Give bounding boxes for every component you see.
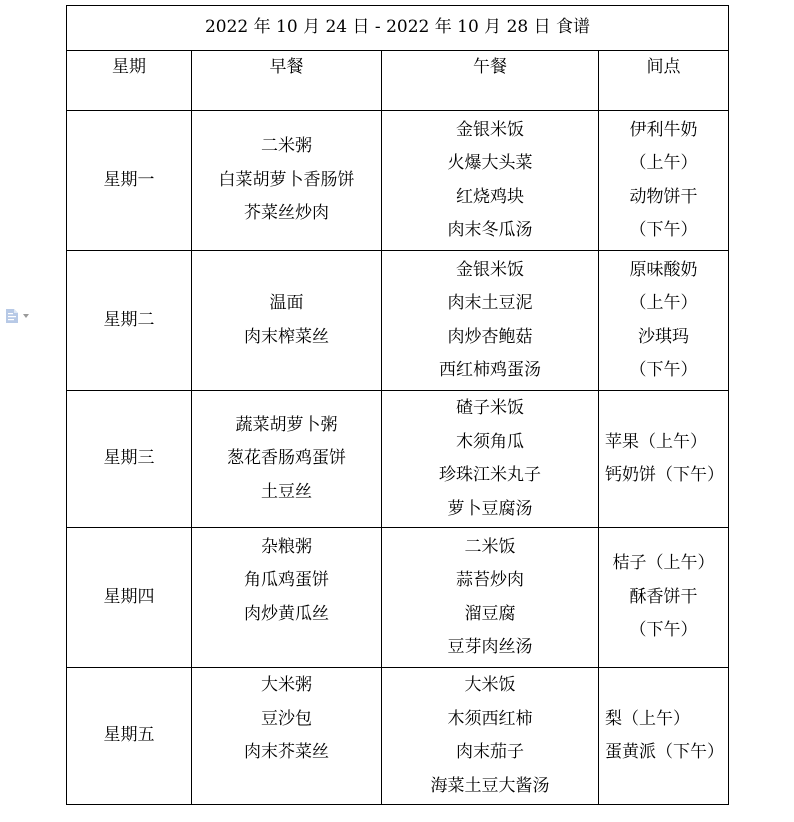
lunch-cell: 大米饭 木须西红柿 肉末茄子 海菜土豆大酱汤 xyxy=(382,668,599,805)
menu-item: 红烧鸡块 xyxy=(382,181,598,215)
menu-item: 桔子（上午） xyxy=(599,547,728,581)
menu-item: 土豆丝 xyxy=(192,476,381,510)
chevron-down-icon xyxy=(23,314,29,318)
menu-item: 肉炒杏鲍菇 xyxy=(382,321,598,355)
menu-item: （下午） xyxy=(599,614,728,648)
menu-item: 葱花香肠鸡蛋饼 xyxy=(192,442,381,476)
breakfast-cell: 温面 肉末榨菜丝 xyxy=(192,251,382,391)
day-cell: 星期四 xyxy=(67,528,192,668)
menu-item: 肉末茄子 xyxy=(382,736,598,770)
menu-item: 碴子米饭 xyxy=(382,392,598,426)
header-row: 星期 早餐 午餐 间点 xyxy=(67,51,729,111)
menu-item: 动物饼干 xyxy=(599,181,728,215)
breakfast-cell: 杂粮粥 角瓜鸡蛋饼 肉炒黄瓜丝 xyxy=(192,528,382,668)
menu-item: 杂粮粥 xyxy=(192,531,381,565)
menu-item: 海菜土豆大酱汤 xyxy=(382,770,598,804)
menu-item: 二米饭 xyxy=(382,531,598,565)
menu-item: （下午） xyxy=(599,354,728,388)
lunch-cell: 二米饭 蒜苔炒肉 溜豆腐 豆芽肉丝汤 xyxy=(382,528,599,668)
menu-item: 苹果（上午） xyxy=(605,426,728,460)
snack-cell: 伊利牛奶 （上午） 动物饼干 （下午） xyxy=(599,111,729,251)
title-row: 2022 年 10 月 24 日 - 2022 年 10 月 28 日 食谱 xyxy=(67,6,729,51)
menu-item: 角瓜鸡蛋饼 xyxy=(192,564,381,598)
snack-cell: 原味酸奶 （上午） 沙琪玛 （下午） xyxy=(599,251,729,391)
menu-item: 大米粥 xyxy=(192,669,381,703)
lunch-cell: 金银米饭 肉末土豆泥 肉炒杏鲍菇 西红柿鸡蛋汤 xyxy=(382,251,599,391)
table-row: 星期五 大米粥 豆沙包 肉末芥菜丝 大米饭 木须西红柿 肉末茄子 海菜土豆大酱汤… xyxy=(67,668,729,805)
snack-cell: 桔子（上午） 酥香饼干 （下午） xyxy=(599,528,729,668)
menu-item: （下午） xyxy=(599,214,728,248)
menu-item: 溜豆腐 xyxy=(382,598,598,632)
table-row: 星期三 蔬菜胡萝卜粥 葱花香肠鸡蛋饼 土豆丝 碴子米饭 木须角瓜 珍珠江米丸子 … xyxy=(67,391,729,528)
menu-item: 火爆大头菜 xyxy=(382,147,598,181)
menu-table: 2022 年 10 月 24 日 - 2022 年 10 月 28 日 食谱 星… xyxy=(66,5,729,805)
day-cell: 星期三 xyxy=(67,391,192,528)
snack-cell: 梨（上午） 蛋黄派（下午） xyxy=(599,668,729,805)
header-lunch: 午餐 xyxy=(382,51,599,111)
menu-item: 肉末榨菜丝 xyxy=(192,321,381,355)
snack-cell: 苹果（上午） 钙奶饼（下午） xyxy=(599,391,729,528)
day-cell: 星期一 xyxy=(67,111,192,251)
menu-title: 2022 年 10 月 24 日 - 2022 年 10 月 28 日 食谱 xyxy=(67,6,729,51)
breakfast-cell: 蔬菜胡萝卜粥 葱花香肠鸡蛋饼 土豆丝 xyxy=(192,391,382,528)
menu-item: （上午） xyxy=(599,287,728,321)
day-cell: 星期五 xyxy=(67,668,192,805)
header-snack: 间点 xyxy=(599,51,729,111)
menu-item: 豆芽肉丝汤 xyxy=(382,631,598,665)
menu-item: 蒜苔炒肉 xyxy=(382,564,598,598)
menu-item: 木须角瓜 xyxy=(382,426,598,460)
table-row: 星期二 温面 肉末榨菜丝 金银米饭 肉末土豆泥 肉炒杏鲍菇 西红柿鸡蛋汤 原味酸… xyxy=(67,251,729,391)
menu-item: 肉炒黄瓜丝 xyxy=(192,598,381,632)
menu-item: 伊利牛奶 xyxy=(599,114,728,148)
menu-item: 白菜胡萝卜香肠饼 xyxy=(192,164,381,198)
menu-item: 蛋黄派（下午） xyxy=(605,736,728,770)
document-options[interactable] xyxy=(6,308,34,324)
menu-item: 二米粥 xyxy=(192,130,381,164)
menu-item: 金银米饭 xyxy=(382,254,598,288)
menu-item: 肉末芥菜丝 xyxy=(192,736,381,770)
lunch-cell: 金银米饭 火爆大头菜 红烧鸡块 肉末冬瓜汤 xyxy=(382,111,599,251)
menu-item: 大米饭 xyxy=(382,669,598,703)
menu-item: 萝卜豆腐汤 xyxy=(382,493,598,527)
day-cell: 星期二 xyxy=(67,251,192,391)
menu-item: 蔬菜胡萝卜粥 xyxy=(192,409,381,443)
breakfast-cell: 大米粥 豆沙包 肉末芥菜丝 xyxy=(192,668,382,805)
menu-item: 梨（上午） xyxy=(605,703,728,737)
menu-item: 肉末土豆泥 xyxy=(382,287,598,321)
menu-item: 芥菜丝炒肉 xyxy=(192,197,381,231)
breakfast-cell: 二米粥 白菜胡萝卜香肠饼 芥菜丝炒肉 xyxy=(192,111,382,251)
table-row: 星期四 杂粮粥 角瓜鸡蛋饼 肉炒黄瓜丝 二米饭 蒜苔炒肉 溜豆腐 豆芽肉丝汤 桔… xyxy=(67,528,729,668)
menu-item: 温面 xyxy=(192,287,381,321)
menu-item: 沙琪玛 xyxy=(599,321,728,355)
header-day: 星期 xyxy=(67,51,192,111)
menu-item: 珍珠江米丸子 xyxy=(382,459,598,493)
menu-item: （上午） xyxy=(599,147,728,181)
table-row: 星期一 二米粥 白菜胡萝卜香肠饼 芥菜丝炒肉 金银米饭 火爆大头菜 红烧鸡块 肉… xyxy=(67,111,729,251)
document-icon xyxy=(6,309,18,323)
header-breakfast: 早餐 xyxy=(192,51,382,111)
menu-item: 豆沙包 xyxy=(192,703,381,737)
menu-item: 肉末冬瓜汤 xyxy=(382,214,598,248)
menu-item: 原味酸奶 xyxy=(599,254,728,288)
lunch-cell: 碴子米饭 木须角瓜 珍珠江米丸子 萝卜豆腐汤 xyxy=(382,391,599,528)
menu-item: 木须西红柿 xyxy=(382,703,598,737)
menu-item: 西红柿鸡蛋汤 xyxy=(382,354,598,388)
menu-item: 钙奶饼（下午） xyxy=(605,459,728,493)
menu-item: 酥香饼干 xyxy=(599,581,728,615)
menu-item: 金银米饭 xyxy=(382,114,598,148)
